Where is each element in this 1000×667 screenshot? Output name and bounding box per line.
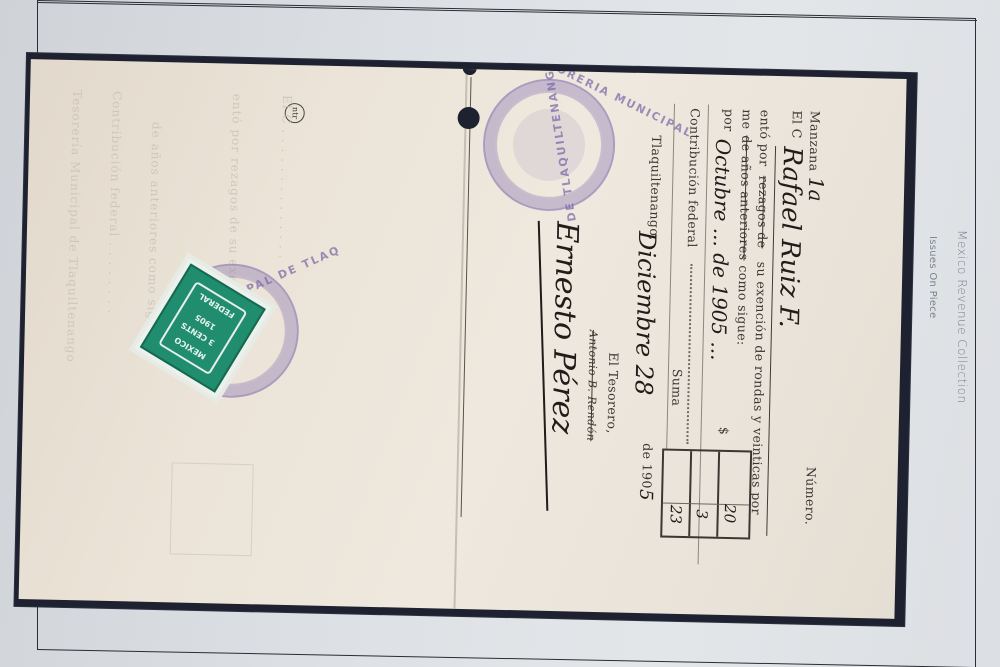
box-divider: [688, 451, 692, 536]
label-tlaquiltenango: Tlaquiltenango,: [647, 135, 664, 241]
label-de-190: de 190: [639, 443, 655, 489]
amount-total: 23: [666, 505, 684, 524]
concept-handwritten: Octubre ... de 1905 ...: [706, 139, 735, 361]
album-title: Mexico Revenue Collection: [955, 230, 969, 404]
punch-hole: [463, 61, 477, 75]
label-como-sigue: como sigue:: [735, 265, 752, 346]
label-exencion: su exención de rondas y veinticas por: [749, 262, 770, 516]
label-contribucion-federal: Contribución federal: [685, 108, 703, 248]
label-suma: Suma: [669, 369, 685, 407]
label-el-c: El C: [789, 110, 805, 139]
bleed-through-text: Contribución federal . . . . . . . .: [99, 91, 124, 571]
amount-contribucion: 20: [721, 504, 739, 523]
label-rezagos: rezagos de: [755, 176, 772, 249]
stamp-mount: ntr Tesorería Municipal de Tlaquiltenang…: [14, 53, 916, 626]
ghost-box: [170, 462, 254, 556]
document-right-panel: TESORERIA MUNICIPAL DE TLAQUILTENANGO Ma…: [468, 69, 906, 619]
amounts-box: 20 3 23: [660, 449, 752, 540]
label-anos-anteriores: de años anteriores: [736, 135, 754, 261]
album-heading: Mexico Revenue Collection Issues On Piec…: [905, 230, 995, 460]
label-numero: Número.: [802, 467, 818, 526]
manzana-value: 1a: [804, 177, 829, 202]
year-suffix: 5: [635, 489, 656, 501]
treasurer-signature: Ernesto Pérez: [544, 221, 584, 435]
document-left-panel: ntr Tesorería Municipal de Tlaquiltenang…: [19, 59, 466, 609]
box-divider: [716, 452, 720, 537]
album-page: Mexico Revenue Collection Issues On Piec…: [0, 0, 1000, 667]
revenue-document: ntr Tesorería Municipal de Tlaquiltenang…: [19, 59, 907, 619]
seal-emblem: [512, 108, 586, 182]
municipal-seal: TESORERIA MUNICIPAL DE TLAQUILTENANGO: [482, 77, 617, 212]
label-el-tesorero: El Tesorero,: [605, 352, 622, 434]
album-subtitle: Issues On Piece: [927, 236, 938, 319]
punch-hole: [457, 107, 479, 129]
treasurer-printed-name: Antonio B. Rendón: [584, 330, 600, 442]
label-me: me: [739, 109, 754, 129]
label-por: por: [721, 109, 737, 132]
label-manzana: Manzana: [807, 111, 823, 172]
payer-name: Rafael Ruiz F.: [773, 146, 807, 328]
bleed-through-text: Tesorería Municipal de Tlaquiltenango: [59, 90, 84, 570]
amount-federal: 3: [693, 509, 711, 519]
dollar-sign: $: [717, 427, 732, 436]
date-handwritten: Diciembre 28: [629, 231, 661, 396]
label-ento-por: entó por: [757, 110, 773, 167]
dot-leader: [686, 264, 693, 444]
